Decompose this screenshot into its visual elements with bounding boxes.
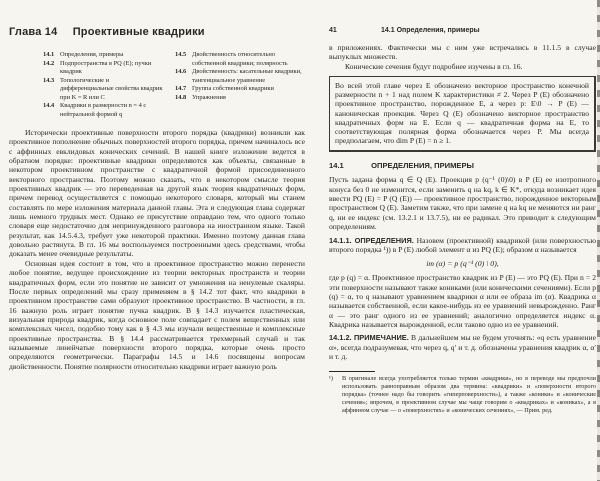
running-head-title: 14.1 Определения, примеры <box>381 26 480 35</box>
footnote-text: В оригинале всегда употребляется только … <box>342 375 596 414</box>
notation-box: Во всей этой главе через E обозначено ве… <box>329 76 596 152</box>
definition-continuation: где p (q) = α. Проективное пространство … <box>329 273 596 329</box>
toc-entry-title: Упражнения <box>192 94 303 103</box>
toc-entry-number: 14.6 <box>175 68 192 85</box>
toc-entry: 14.8 Упражнения <box>175 94 303 103</box>
definition-label: 14.1.1. ОПРЕДЕЛЕНИЯ. <box>329 236 414 245</box>
section-title: ОПРЕДЕЛЕНИЯ, ПРИМЕРЫ <box>371 161 474 170</box>
toc-entry-number: 14.1 <box>43 51 60 60</box>
toc-entry-title: Квадрики в размерности n = 4 с нейтральн… <box>60 102 163 119</box>
toc-entry-number: 14.5 <box>175 51 192 68</box>
intro-paragraph: Основная идея состоит в том, что в проек… <box>9 259 305 371</box>
running-head: 41 14.1 Определения, примеры <box>329 26 596 35</box>
remark-paragraph: 14.1.2. ПРИМЕЧАНИЕ. В дальнейшем мы не б… <box>329 333 596 361</box>
footnote-divider <box>329 371 375 372</box>
toc-entry-title: Определения, примеры <box>60 51 163 60</box>
right-page: 41 14.1 Определения, примеры в приложени… <box>329 26 596 415</box>
section-number: 14.1 <box>329 161 369 170</box>
footnote-marker: ¹) <box>329 375 342 383</box>
toc-entry-number: 14.2 <box>43 60 60 77</box>
chapter-title: Проективные квадрики <box>73 26 205 38</box>
toc-entry-title: Топологические и дифференциальные свойст… <box>60 77 163 103</box>
toc-column-right: 14.5 Двойственность относительно собстве… <box>175 51 303 119</box>
toc-entry: 14.5 Двойственность относительно собстве… <box>175 51 303 68</box>
toc-entry: 14.6 Двойственность: касательные квадрик… <box>175 68 303 85</box>
definition-paragraph: 14.1.1. ОПРЕДЕЛЕНИЯ. Назовем (проективно… <box>329 236 596 255</box>
chapter-heading: Глава 14 Проективные квадрики <box>9 26 305 39</box>
book-spread: Глава 14 Проективные квадрики 14.1 Опред… <box>0 0 600 481</box>
toc-entry-title: Подпространства в PQ (E); пучки квадрик <box>60 60 163 77</box>
toc-column-left: 14.1 Определения, примеры 14.2 Подпростр… <box>43 51 163 119</box>
carryover-paragraph: Конические сечения будут подробнее изуче… <box>329 62 596 71</box>
toc-entry: 14.2 Подпространства в PQ (E); пучки ква… <box>43 60 163 77</box>
toc-entry-number: 14.3 <box>43 77 60 103</box>
toc-entry-title: Двойственность: касательные квадрики, та… <box>192 68 303 85</box>
toc-entry-title: Двойственность относительно собственной … <box>192 51 303 68</box>
toc-entry-number: 14.7 <box>175 85 192 94</box>
toc-entry: 14.7 Группа собственной квадрики <box>175 85 303 94</box>
section-heading: 14.1 ОПРЕДЕЛЕНИЯ, ПРИМЕРЫ <box>329 161 596 170</box>
toc-entry: 14.3 Топологические и дифференциальные с… <box>43 77 163 103</box>
chapter-number-label: Глава 14 <box>9 26 57 38</box>
toc-entry-title: Группа собственной квадрики <box>192 85 303 94</box>
toc-entry-number: 14.4 <box>43 102 60 119</box>
toc-entry: 14.1 Определения, примеры <box>43 51 163 60</box>
footnote: ¹)В оригинале всегда употребляется тольк… <box>329 375 596 415</box>
carryover-text: в приложениях. Фактически мы с ним уже в… <box>329 43 596 71</box>
left-page: Глава 14 Проективные квадрики 14.1 Опред… <box>9 26 305 371</box>
remark-label: 14.1.2. ПРИМЕЧАНИЕ. <box>329 333 409 342</box>
toc-entry-number: 14.8 <box>175 94 192 103</box>
toc-entry: 14.4 Квадрики в размерности n = 4 с нейт… <box>43 102 163 119</box>
section-paragraph: Пусть задана форма q ∈ Q (E). Проекция p… <box>329 175 596 231</box>
page-number: 41 <box>329 26 381 35</box>
table-of-contents: 14.1 Определения, примеры 14.2 Подпростр… <box>43 51 305 119</box>
intro-paragraph: Исторически проективные поверхности втор… <box>9 128 305 259</box>
chapter-introduction: Исторически проективные поверхности втор… <box>9 128 305 371</box>
image-formula: im (α) = p (q⁻¹ (0) \ 0), <box>329 259 596 268</box>
carryover-paragraph: в приложениях. Фактически мы с ним уже в… <box>329 43 596 62</box>
